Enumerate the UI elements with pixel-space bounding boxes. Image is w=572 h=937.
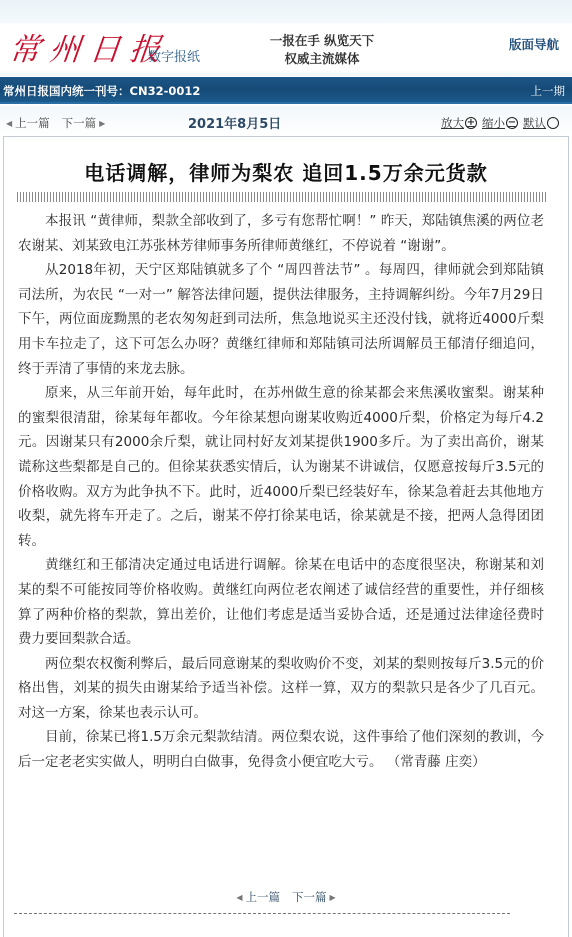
next-article-link[interactable]: 下一篇 bbox=[62, 115, 97, 131]
plus-circle-icon: + bbox=[465, 117, 477, 129]
issn-bar: 常州日报国内统一刊号：CN32-0012 上一期 bbox=[0, 77, 572, 104]
prev-article-link[interactable]: 上一篇 bbox=[15, 115, 50, 131]
paragraph: 从2018年初，天宁区郑陆镇就多了个 “周四普法节” 。每周四，律师就会到郑陆镇… bbox=[18, 258, 544, 381]
zoom-out-label: 缩小 bbox=[482, 115, 505, 131]
previous-issue-link[interactable]: 上一期 bbox=[531, 83, 566, 99]
issn-label: 常州日报国内统一刊号：CN32-0012 bbox=[3, 83, 200, 99]
issue-date: 2021年8月5日 bbox=[188, 113, 281, 132]
paragraph: 原来，从三年前开始，每年此时，在苏州做生意的徐某都会来焦溪收蜜梨。谢某种的蜜梨很… bbox=[18, 381, 544, 553]
zoom-out-button[interactable]: 缩小 − bbox=[482, 115, 518, 131]
article-toolbar: ◀ 上一篇 下一篇 ▶ 2021年8月5日 放大 + 缩小 − 默认 bbox=[0, 106, 572, 136]
page-navigation-link[interactable]: 版面导航 bbox=[509, 35, 559, 53]
article-title: 电话调解，律师为梨农 追回1.5万余元货款 bbox=[4, 157, 568, 186]
minus-circle-icon: − bbox=[506, 117, 518, 129]
triangle-right-icon: ▶ bbox=[330, 893, 336, 902]
triangle-left-icon: ◀ bbox=[236, 893, 242, 902]
zoom-in-button[interactable]: 放大 + bbox=[441, 115, 477, 131]
slogan-line-1: 一报在手 纵览天下 bbox=[262, 32, 382, 50]
triangle-left-icon: ◀ bbox=[6, 119, 12, 128]
article-container: 电话调解，律师为梨农 追回1.5万余元货款 本报讯 “黄律师，梨款全部收到了，多… bbox=[3, 136, 569, 937]
digital-edition-label: 数字报纸 bbox=[148, 46, 200, 65]
paragraph: 两位梨农权衡利弊后，最后同意谢某的梨收购价不变，刘某的梨则按每斤3.5元的价格出… bbox=[18, 652, 544, 726]
prev-article-link-bottom[interactable]: 上一篇 bbox=[246, 889, 281, 905]
paragraph: 黄继红和王郁清决定通过电话进行调解。徐某在电话中的态度很坚决，称谢某和刘某的梨不… bbox=[18, 553, 544, 651]
article-pager-top: ◀ 上一篇 下一篇 ▶ bbox=[6, 115, 105, 131]
article-body: 本报讯 “黄律师，梨款全部收到了，多亏有您帮忙啊！” 昨天，郑陆镇焦溪的两位老农… bbox=[18, 209, 544, 775]
triangle-right-icon: ▶ bbox=[99, 119, 105, 128]
slogan: 一报在手 纵览天下 权威主流媒体 bbox=[262, 32, 382, 68]
paragraph: 目前，徐某已将1.5万余元梨款结清。两位梨农说，这件事给了他们深刻的教训，今后一… bbox=[18, 725, 544, 774]
zoom-in-label: 放大 bbox=[441, 115, 464, 131]
slogan-line-2: 权威主流媒体 bbox=[262, 50, 382, 68]
article-pager-bottom: ◀ 上一篇 下一篇 ▶ bbox=[236, 889, 335, 905]
next-article-link-bottom[interactable]: 下一篇 bbox=[292, 889, 327, 905]
title-divider bbox=[17, 192, 547, 202]
zoom-default-button[interactable]: 默认 bbox=[523, 115, 559, 131]
zoom-default-label: 默认 bbox=[523, 115, 546, 131]
circle-icon bbox=[547, 117, 559, 129]
paragraph: 本报讯 “黄律师，梨款全部收到了，多亏有您帮忙啊！” 昨天，郑陆镇焦溪的两位老农… bbox=[18, 209, 544, 258]
site-header: 常州日报 数字报纸 一报在手 纵览天下 权威主流媒体 版面导航 bbox=[0, 0, 572, 76]
font-size-controls: 放大 + 缩小 − 默认 bbox=[436, 115, 559, 131]
bottom-divider bbox=[14, 913, 510, 914]
article-pager-bottom-wrap: ◀ 上一篇 下一篇 ▶ bbox=[4, 889, 568, 905]
